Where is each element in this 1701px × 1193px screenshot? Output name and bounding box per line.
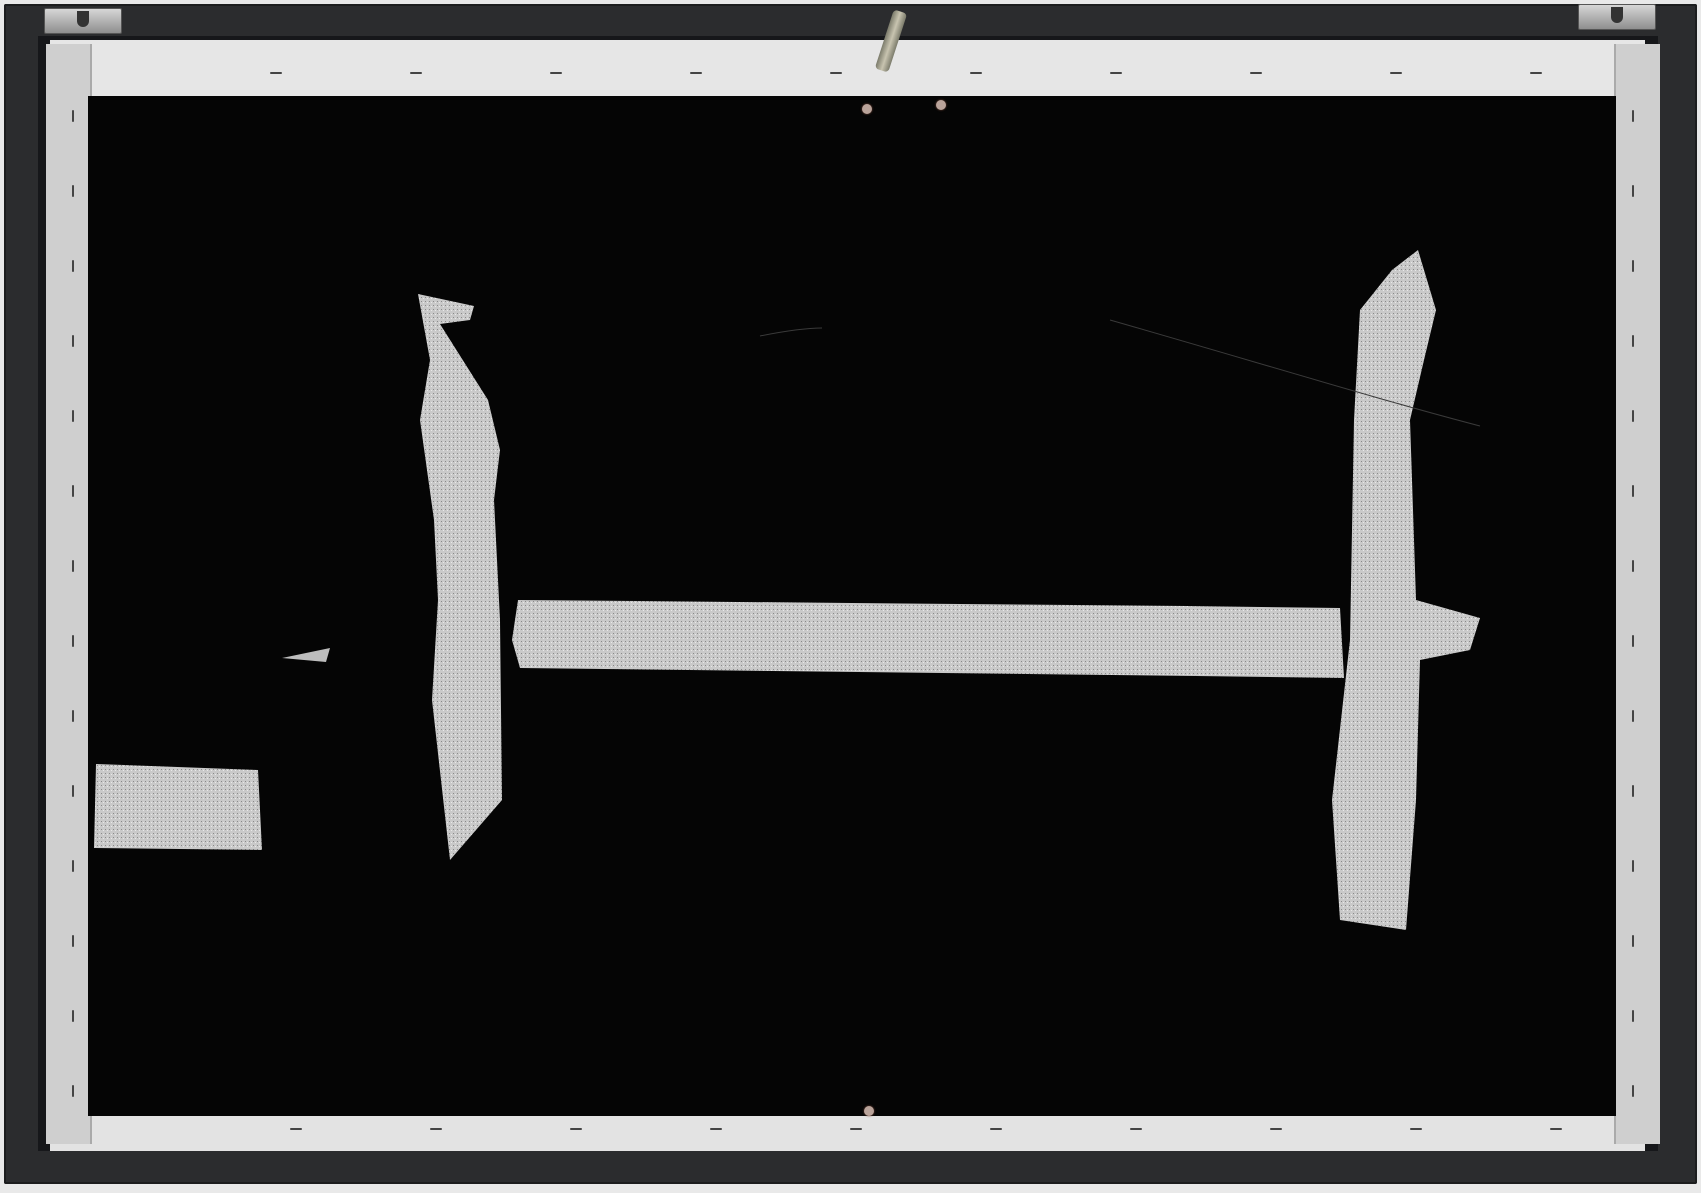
small-print-patch [94, 764, 262, 850]
horizontal-bar-shape [512, 600, 1196, 676]
print-through-artwork [0, 0, 1701, 1193]
right-vertical-shape [1332, 250, 1480, 930]
left-vertical-shape [418, 294, 502, 860]
left-spike [282, 648, 330, 662]
horizontal-bar-end [1182, 606, 1344, 678]
scratch-line [760, 328, 822, 336]
